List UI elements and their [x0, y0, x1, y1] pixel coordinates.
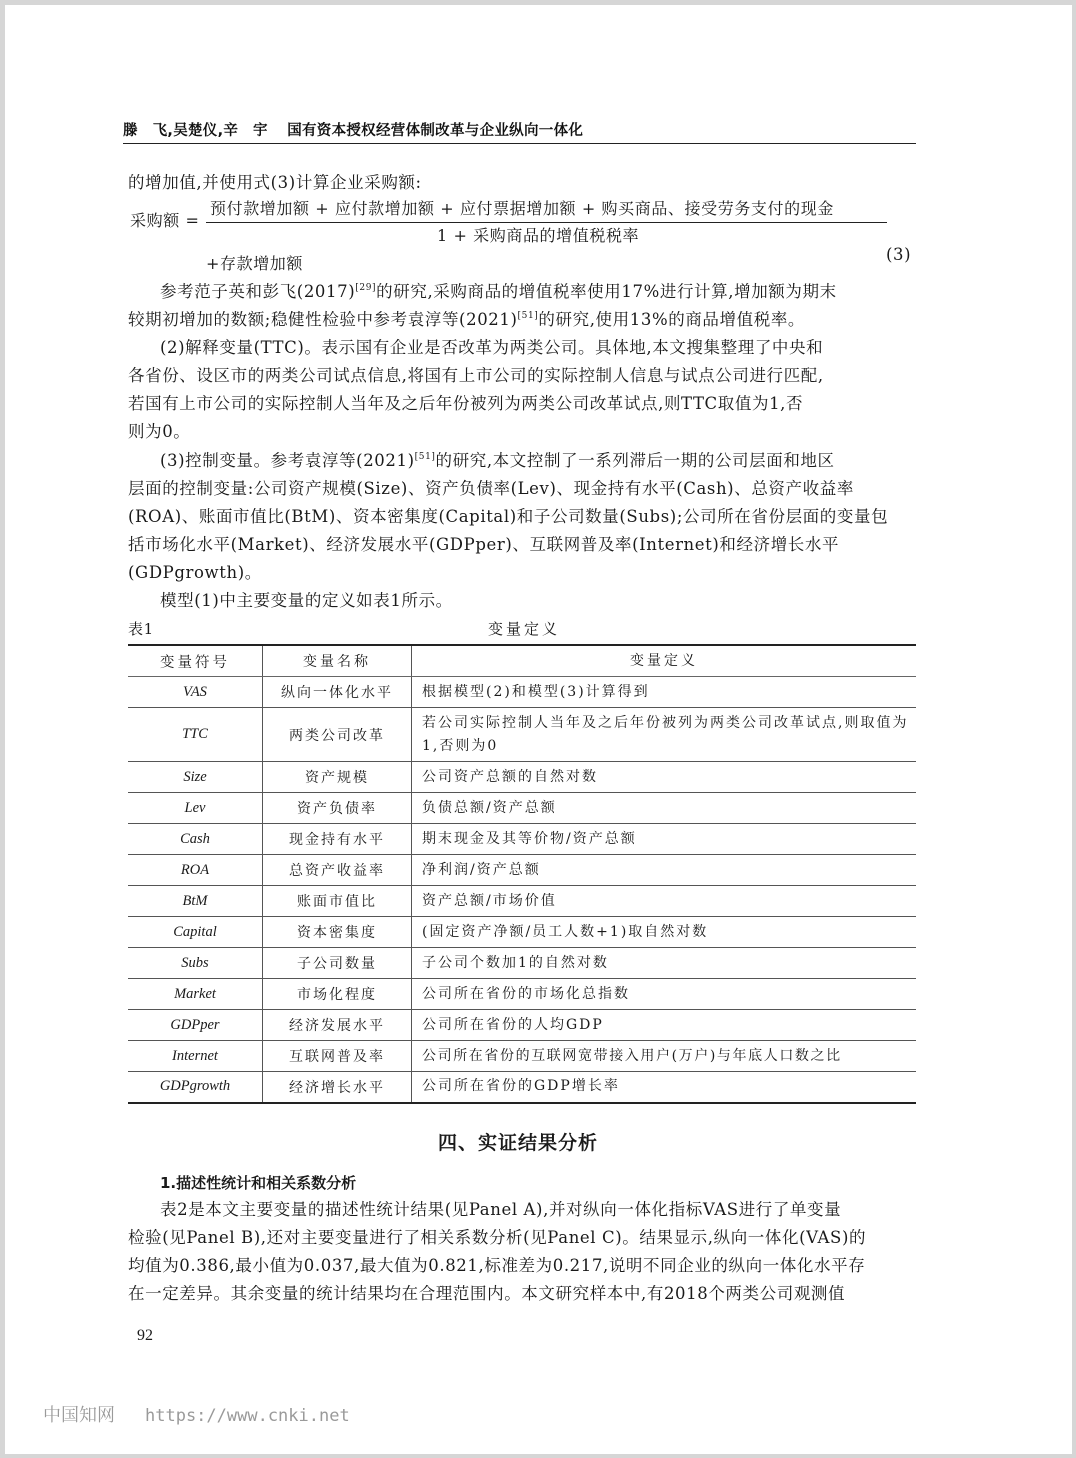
table-row: BtM 账面市值比 资产总额/市场价值 [128, 886, 916, 917]
cell-name: 资产规模 [263, 762, 412, 793]
intro-line: 的增加值,并使用式(3)计算企业采购额: [128, 173, 422, 193]
section4-line2: 检验(见Panel B),还对主要变量进行了相关系数分析(见Panel C)。结… [128, 1228, 866, 1248]
para3-line4: 括市场化水平(Market)、经济发展水平(GDPper)、互联网普及率(Int… [128, 535, 839, 555]
cell-definition: 期末现金及其等价物/资产总额 [412, 824, 917, 855]
cell-symbol: Cash [128, 824, 263, 855]
para1-text: 较期初增加的数额;稳健性检验中参考袁淳等(2021) [128, 310, 518, 329]
cell-name: 资产负债率 [263, 793, 412, 824]
cell-name: 两类公司改革 [263, 708, 412, 762]
cell-symbol: BtM [128, 886, 263, 917]
para1-text: 参考范子英和彭飞(2017) [160, 282, 355, 301]
table-row: Cash 现金持有水平 期末现金及其等价物/资产总额 [128, 824, 916, 855]
table-row: Internet 互联网普及率 公司所在省份的互联网宽带接入用户(万户)与年底人… [128, 1041, 916, 1072]
cell-name: 现金持有水平 [263, 824, 412, 855]
cell-definition: 根据模型(2)和模型(3)计算得到 [412, 677, 917, 708]
header-symbol: 变量符号 [128, 645, 263, 677]
cell-definition: 若公司实际控制人当年及之后年份被列为两类公司改革试点,则取值为1,否则为0 [412, 708, 917, 762]
para2-line3: 若国有上市公司的实际控制人当年及之后年份被列为两类公司改革试点,则TTC取值为1… [128, 394, 803, 414]
cell-name: 市场化程度 [263, 979, 412, 1010]
table-row: Market 市场化程度 公司所在省份的市场化总指数 [128, 979, 916, 1010]
para2-line1: (2)解释变量(TTC)。表示国有企业是否改革为两类公司。具体地,本文搜集整理了… [160, 338, 823, 358]
cell-definition: 公司所在省份的GDP增长率 [412, 1072, 917, 1103]
citation: [51] [518, 311, 539, 321]
cell-name: 经济发展水平 [263, 1010, 412, 1041]
para3-line5: (GDPgrowth)。 [128, 563, 262, 583]
table-header-row: 变量符号 变量名称 变量定义 [128, 645, 916, 677]
cell-definition: 公司资产总额的自然对数 [412, 762, 917, 793]
formula-lhs: 采购额 = [130, 211, 200, 231]
cell-symbol: Lev [128, 793, 263, 824]
cell-symbol: Market [128, 979, 263, 1010]
cell-definition: 净利润/资产总额 [412, 855, 917, 886]
cell-name: 资本密集度 [263, 917, 412, 948]
para4: 模型(1)中主要变量的定义如表1所示。 [160, 591, 453, 611]
header-name: 变量名称 [263, 645, 412, 677]
variable-definition-table: 变量符号 变量名称 变量定义 VAS 纵向一体化水平 根据模型(2)和模型(3)… [128, 644, 916, 1104]
cell-name: 总资产收益率 [263, 855, 412, 886]
page-number: 92 [137, 1327, 153, 1345]
table-row: Size 资产规模 公司资产总额的自然对数 [128, 762, 916, 793]
watermark-url: https://www.cnki.net [145, 1406, 350, 1426]
cell-name: 账面市值比 [263, 886, 412, 917]
cell-name: 子公司数量 [263, 948, 412, 979]
table-row: Lev 资产负债率 负债总额/资产总额 [128, 793, 916, 824]
formula-tail: +存款增加额 [206, 254, 303, 274]
para2-line4: 则为0。 [128, 422, 190, 442]
table-label: 表1 [128, 619, 154, 639]
formula-number: (3) [886, 245, 911, 265]
table-row: TTC 两类公司改革 若公司实际控制人当年及之后年份被列为两类公司改革试点,则取… [128, 708, 916, 762]
table-row: Subs 子公司数量 子公司个数加1的自然对数 [128, 948, 916, 979]
cell-definition: 公司所在省份的市场化总指数 [412, 979, 917, 1010]
para1-line2: 较期初增加的数额;稳健性检验中参考袁淳等(2021)[51]的研究,使用13%的… [128, 310, 805, 330]
para3-line3: (ROA)、账面市值比(BtM)、资本密集度(Capital)和子公司数量(Su… [128, 507, 888, 527]
cell-definition: 资产总额/市场价值 [412, 886, 917, 917]
formula-denominator: 1 + 采购商品的增值税税率 [437, 226, 639, 246]
cell-symbol: GDPgrowth [128, 1072, 263, 1103]
watermark-name: 中国知网 [43, 1405, 115, 1426]
section4-line1: 表2是本文主要变量的描述性统计结果(见Panel A),并对纵向一体化指标VAS… [160, 1200, 841, 1220]
header-title: 国有资本授权经营体制改革与企业纵向一体化 [287, 123, 583, 139]
cell-symbol: TTC [128, 708, 263, 762]
para3-line1: (3)控制变量。参考袁淳等(2021)[51]的研究,本文控制了一系列滞后一期的… [160, 451, 835, 471]
table-row: Capital 资本密集度 (固定资产净额/员工人数+1)取自然对数 [128, 917, 916, 948]
cell-symbol: GDPper [128, 1010, 263, 1041]
cell-name: 纵向一体化水平 [263, 677, 412, 708]
para2-line2: 各省份、设区市的两类公司试点信息,将国有上市公司的实际控制人信息与试点公司进行匹… [128, 366, 824, 386]
citation: [29] [355, 283, 376, 293]
subsection-title: 1.描述性统计和相关系数分析 [160, 1172, 356, 1193]
cell-definition: 子公司个数加1的自然对数 [412, 948, 917, 979]
cell-definition: 公司所在省份的人均GDP [412, 1010, 917, 1041]
para1-text: 的研究,使用13%的商品增值税率。 [538, 310, 805, 329]
cell-name: 经济增长水平 [263, 1072, 412, 1103]
table-row: ROA 总资产收益率 净利润/资产总额 [128, 855, 916, 886]
para3-text: 的研究,本文控制了一系列滞后一期的公司层面和地区 [436, 451, 835, 470]
table-row: GDPper 经济发展水平 公司所在省份的人均GDP [128, 1010, 916, 1041]
cell-symbol: Internet [128, 1041, 263, 1072]
cell-symbol: VAS [128, 677, 263, 708]
section-title: 四、实证结果分析 [438, 1128, 598, 1155]
header-authors: 滕 飞,吴楚仪,辛 宇 [123, 123, 268, 139]
cell-symbol: Capital [128, 917, 263, 948]
cell-definition: 公司所在省份的互联网宽带接入用户(万户)与年底人口数之比 [412, 1041, 917, 1072]
table-row: GDPgrowth 经济增长水平 公司所在省份的GDP增长率 [128, 1072, 916, 1103]
section4-line3: 均值为0.386,最小值为0.037,最大值为0.821,标准差为0.217,说… [128, 1256, 865, 1276]
cell-symbol: ROA [128, 855, 263, 886]
fraction-bar [206, 222, 887, 223]
para1-text: 的研究,采购商品的增值税率使用17%进行计算,增加额为期末 [376, 282, 837, 301]
header-rule [123, 143, 916, 144]
cell-definition: (固定资产净额/员工人数+1)取自然对数 [412, 917, 917, 948]
running-header: 滕 飞,吴楚仪,辛 宇 国有资本授权经营体制改革与企业纵向一体化 [123, 119, 583, 140]
cell-symbol: Subs [128, 948, 263, 979]
formula-numerator: 预付款增加额 + 应付款增加额 + 应付票据增加额 + 购买商品、接受劳务支付的… [210, 199, 834, 219]
citation: [51] [415, 452, 436, 462]
para3-line2: 层面的控制变量:公司资产规模(Size)、资产负债率(Lev)、现金持有水平(C… [128, 479, 854, 499]
section4-line4: 在一定差异。其余变量的统计结果均在合理范围内。本文研究样本中,有2018个两类公… [128, 1284, 845, 1304]
cell-name: 互联网普及率 [263, 1041, 412, 1072]
para1-line1: 参考范子英和彭飞(2017)[29]的研究,采购商品的增值税率使用17%进行计算… [160, 282, 837, 302]
cnki-watermark: 中国知网https://www.cnki.net [43, 1401, 350, 1427]
cell-definition: 负债总额/资产总额 [412, 793, 917, 824]
cell-symbol: Size [128, 762, 263, 793]
table-caption: 变量定义 [488, 619, 560, 639]
table-row: VAS 纵向一体化水平 根据模型(2)和模型(3)计算得到 [128, 677, 916, 708]
header-definition: 变量定义 [412, 645, 917, 677]
para3-text: (3)控制变量。参考袁淳等(2021) [160, 451, 415, 470]
